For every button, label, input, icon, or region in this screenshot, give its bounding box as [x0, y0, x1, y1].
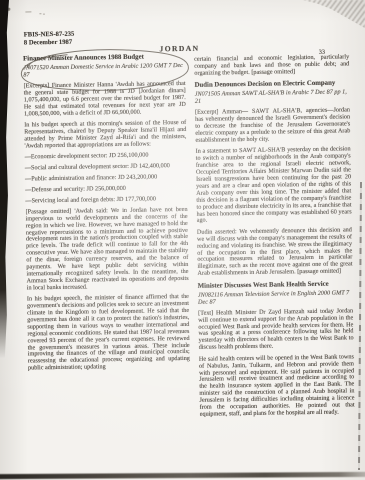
budget-line-item: —Economic development sector: JD 256,100… [25, 152, 187, 161]
scanned-document-page: FBIS-NES-87-235 8 December 1987 JORDAN 3… [0, 0, 365, 480]
continuation-paragraph: certain financial and economic legislati… [194, 54, 349, 77]
article-paragraph: Dudin asserted: We vehemently denounce t… [197, 227, 353, 278]
right-column: certain financial and economic legislati… [194, 54, 355, 423]
article-paragraph: [Excerpts] Finance Minister Hanna 'Awdah… [24, 81, 187, 118]
budget-line-item: —Social and cultural development sector:… [25, 163, 187, 172]
article-source-health: JN082116 Amman Television Service in Eng… [198, 289, 353, 305]
article-paragraph: In a statement to SAWT AL-SHA'B yesterda… [196, 147, 352, 225]
budget-line-item: —Public administration and finance: JD 2… [25, 174, 187, 183]
article-paragraph: In his budget speech, the minister of fi… [27, 294, 190, 373]
article-paragraph: [Excerpt] Amman— SAWT AL-SHA'B, agencies… [195, 108, 351, 145]
page-content: FBIS-NES-87-235 8 December 1987 JORDAN 3… [0, 0, 365, 480]
article-source-finance: JN071520 Amman Domestic Service in Arabi… [23, 62, 185, 79]
article-finance-header: Finance Minister Announces 1988 Budget J… [23, 53, 185, 79]
budget-line-item: —Defense and security: JD 256,000,000 [25, 185, 187, 194]
article-source-electric: JN071505 Amman SAWT AL-SHA'B in Arabic 7… [195, 89, 350, 105]
article-paragraph: [Passage omitted] 'Awdah said: We in Jor… [25, 207, 188, 292]
article-paragraph: In his budget speech at this morning's s… [24, 120, 186, 150]
article-paragraph: [Text] Health Minister Dr Zayd Hamzah sa… [198, 308, 354, 352]
article-paragraph: He said health centers will be opened in… [199, 354, 355, 419]
pencil-mark-icon [25, 11, 31, 12]
pencil-mark-icon [39, 13, 41, 14]
left-column: Finance Minister Announces 1988 Budget J… [23, 53, 190, 377]
budget-line-item: —Servicing local and foreign debts: JD 1… [25, 196, 187, 205]
